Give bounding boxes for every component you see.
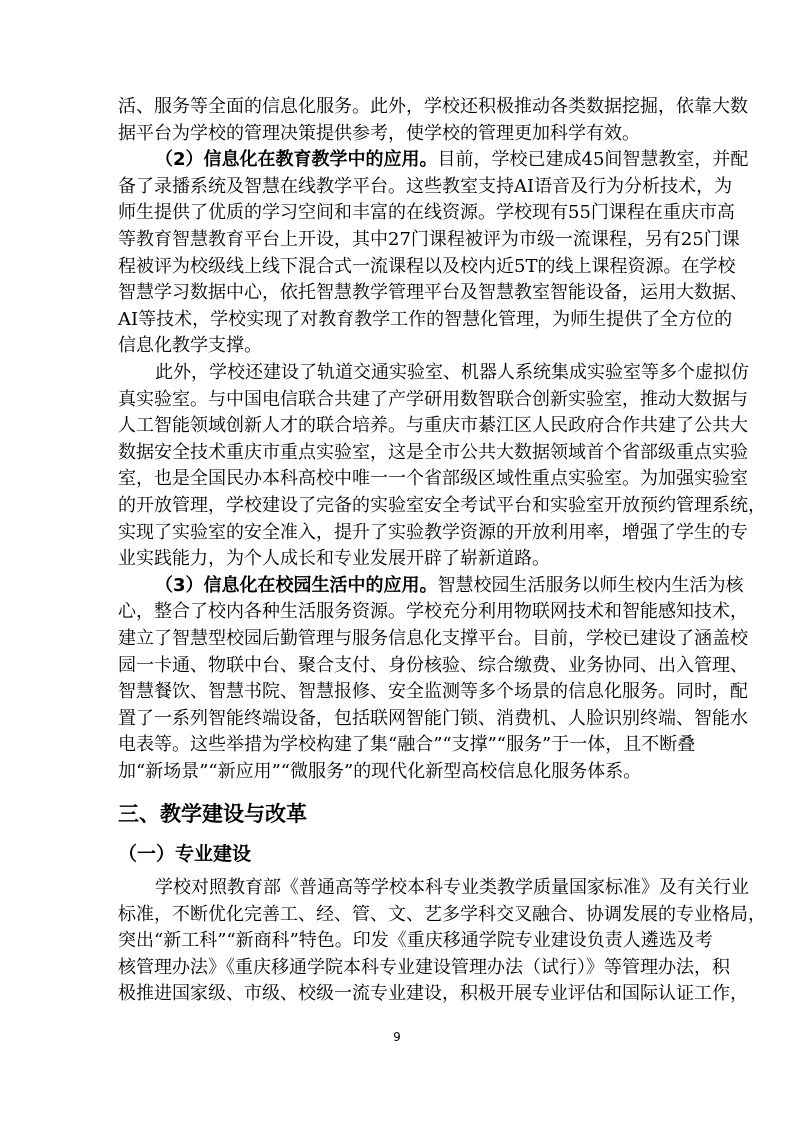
section-heading: 三、教学建设与改革	[118, 801, 307, 827]
line-text: 备了录播系统及智慧在线教学平台。这些教室支持AI语音及行为分析技术，为	[118, 176, 732, 197]
text-line: 业实践能力，为个人成长和专业发展开辟了崭新道路。	[118, 548, 678, 570]
line-text: 智慧校园生活服务以师生校内生活为核	[438, 575, 744, 596]
line-text: 加“新场景”“新应用”“微服务”的现代化新型高校信息化服务体系。	[118, 761, 641, 782]
text-line: 师生提供了优质的学习空间和丰富的在线资源。学校现有55门课程在重庆市高	[118, 202, 678, 224]
line-text: 室，也是全国民办本科高校中唯一一个省部级区域性重点实验室。为加强实验室	[118, 468, 748, 489]
text-line: 园一卡通、物联中台、聚合支付、身份核验、综合缴费、业务协同、出入管理、	[118, 655, 678, 677]
line-text: 程被评为校级线上线下混合式一流课程以及校内近5T的线上课程资源。在学校	[118, 256, 735, 277]
text-line: 核管理办法》《重庆移通学院本科专业建设管理办法（试行）》等管理办法，积	[118, 957, 678, 979]
text-line: 人工智能领域创新人才的联合培养。与重庆市綦江区人民政府合作共建了公共大	[118, 415, 678, 437]
text-line: 活、服务等全面的信息化服务。此外，学校还积极推动各类数据挖掘，依靠大数	[118, 96, 678, 118]
line-text: 数据安全技术重庆市重点实验室，这是全市公共大数据领域首个省部级重点实验	[118, 442, 748, 463]
text-line: 学校对照教育部《普通高等学校本科专业类教学质量国家标准》及有关行业	[155, 877, 678, 899]
text-line: 电表等。这些举措为学校构建了集“融合”“支撑”“服务”于一体，且不断叠	[118, 734, 678, 756]
line-text: 实现了实验室的安全准入，提升了实验教学资源的开放利用率，增强了学生的专	[118, 522, 748, 543]
line-text: 标准，不断优化完善工、经、管、文、艺多学科交叉融合、协调发展的专业格局，	[118, 904, 766, 925]
text-line: 数据安全技术重庆市重点实验室，这是全市公共大数据领域首个省部级重点实验	[118, 442, 678, 464]
paragraph-lead: （3）信息化在校园生活中的应用。	[155, 575, 438, 596]
text-line: 据平台为学校的管理决策提供参考，使学校的管理更加科学有效。	[118, 123, 678, 145]
line-text: 活、服务等全面的信息化服务。此外，学校还积极推动各类数据挖掘，依靠大数	[118, 96, 748, 117]
line-text: 心，整合了校内各种生活服务资源。学校充分利用物联网技术和智能感知技术，	[118, 601, 748, 622]
line-text: 智慧学习数据中心，依托智慧教学管理平台及智慧教室智能设备，运用大数据、	[118, 282, 748, 303]
line-text: 据平台为学校的管理决策提供参考，使学校的管理更加科学有效。	[118, 123, 640, 144]
line-text: 建立了智慧型校园后勤管理与服务信息化支撑平台。目前，学校已建设了涵盖校	[118, 628, 748, 649]
line-text: 电表等。这些举措为学校构建了集“融合”“支撑”“服务”于一体，且不断叠	[118, 734, 695, 755]
line-text: 智慧餐饮、智慧书院、智慧报修、安全监测等多个场景的信息化服务。同时，配	[118, 681, 748, 702]
text-line: 标准，不断优化完善工、经、管、文、艺多学科交叉融合、协调发展的专业格局，	[118, 904, 678, 926]
text-line: 极推进国家级、市级、校级一流专业建设，积极开展专业评估和国际认证工作，	[118, 983, 678, 1005]
line-text: 信息化教学支撑。	[118, 335, 262, 356]
text-line: 突出“新工科”“新商科”特色。印发《重庆移通学院专业建设负责人遴选及考	[118, 930, 678, 952]
line-text: 人工智能领域创新人才的联合培养。与重庆市綦江区人民政府合作共建了公共大	[118, 415, 748, 436]
text-line: 此外，学校还建设了轨道交通实验室、机器人系统集成实验室等多个虚拟仿	[155, 362, 678, 384]
line-text: 置了一系列智能终端设备，包括联网智能门锁、消费机、人脸识别终端、智能水	[118, 708, 748, 729]
line-text: 等教育智慧教育平台上开设，其中27门课程被评为市级一流课程，另有25门课	[118, 229, 740, 250]
line-text: AI等技术，学校实现了对教育教学工作的智慧化管理，为师生提供了全方位的	[118, 309, 732, 330]
text-line: 程被评为校级线上线下混合式一流课程以及校内近5T的线上课程资源。在学校	[118, 256, 678, 278]
line-text: 园一卡通、物联中台、聚合支付、身份核验、综合缴费、业务协同、出入管理、	[118, 655, 748, 676]
text-line: （2）信息化在教育教学中的应用。目前，学校已建成45间智慧教室，并配	[155, 149, 678, 171]
text-line: 智慧餐饮、智慧书院、智慧报修、安全监测等多个场景的信息化服务。同时，配	[118, 681, 678, 703]
text-line: 实现了实验室的安全准入，提升了实验教学资源的开放利用率，增强了学生的专	[118, 522, 678, 544]
text-line: 建立了智慧型校园后勤管理与服务信息化支撑平台。目前，学校已建设了涵盖校	[118, 628, 678, 650]
line-text: 真实验室。与中国电信联合共建了产学研用数智联合创新实验室，推动大数据与	[118, 389, 748, 410]
text-line: 信息化教学支撑。	[118, 335, 678, 357]
document-page: 活、服务等全面的信息化服务。此外，学校还积极推动各类数据挖掘，依靠大数据平台为学…	[0, 0, 794, 1123]
line-text: 目前，学校已建成45间智慧教室，并配	[438, 149, 749, 170]
line-text: 突出“新工科”“新商科”特色。印发《重庆移通学院专业建设负责人遴选及考	[118, 930, 713, 951]
text-line: 等教育智慧教育平台上开设，其中27门课程被评为市级一流课程，另有25门课	[118, 229, 678, 251]
text-line: 加“新场景”“新应用”“微服务”的现代化新型高校信息化服务体系。	[118, 761, 678, 783]
subsection-heading: （一）专业建设	[118, 842, 251, 866]
text-line: 室，也是全国民办本科高校中唯一一个省部级区域性重点实验室。为加强实验室	[118, 468, 678, 490]
page-number: 9	[0, 1030, 794, 1044]
line-text: 核管理办法》《重庆移通学院本科专业建设管理办法（试行）》等管理办法，积	[118, 957, 730, 978]
text-line: 智慧学习数据中心，依托智慧教学管理平台及智慧教室智能设备，运用大数据、	[118, 282, 678, 304]
line-text: 极推进国家级、市级、校级一流专业建设，积极开展专业评估和国际认证工作，	[118, 983, 748, 1004]
text-line: AI等技术，学校实现了对教育教学工作的智慧化管理，为师生提供了全方位的	[118, 309, 678, 331]
text-line: 备了录播系统及智慧在线教学平台。这些教室支持AI语音及行为分析技术，为	[118, 176, 678, 198]
line-text: 的开放管理，学校建设了完备的实验室安全考试平台和实验室开放预约管理系统，	[118, 495, 766, 516]
text-line: （3）信息化在校园生活中的应用。智慧校园生活服务以师生校内生活为核	[155, 575, 678, 597]
text-line: 置了一系列智能终端设备，包括联网智能门锁、消费机、人脸识别终端、智能水	[118, 708, 678, 730]
line-text: 此外，学校还建设了轨道交通实验室、机器人系统集成实验室等多个虚拟仿	[155, 362, 749, 383]
text-line: 的开放管理，学校建设了完备的实验室安全考试平台和实验室开放预约管理系统，	[118, 495, 678, 517]
line-text: 学校对照教育部《普通高等学校本科专业类教学质量国家标准》及有关行业	[155, 877, 749, 898]
text-line: 真实验室。与中国电信联合共建了产学研用数智联合创新实验室，推动大数据与	[118, 389, 678, 411]
text-line: 心，整合了校内各种生活服务资源。学校充分利用物联网技术和智能感知技术，	[118, 601, 678, 623]
paragraph-lead: （2）信息化在教育教学中的应用。	[155, 149, 438, 170]
line-text: 业实践能力，为个人成长和专业发展开辟了崭新道路。	[118, 548, 550, 569]
line-text: 师生提供了优质的学习空间和丰富的在线资源。学校现有55门课程在重庆市高	[118, 202, 735, 223]
